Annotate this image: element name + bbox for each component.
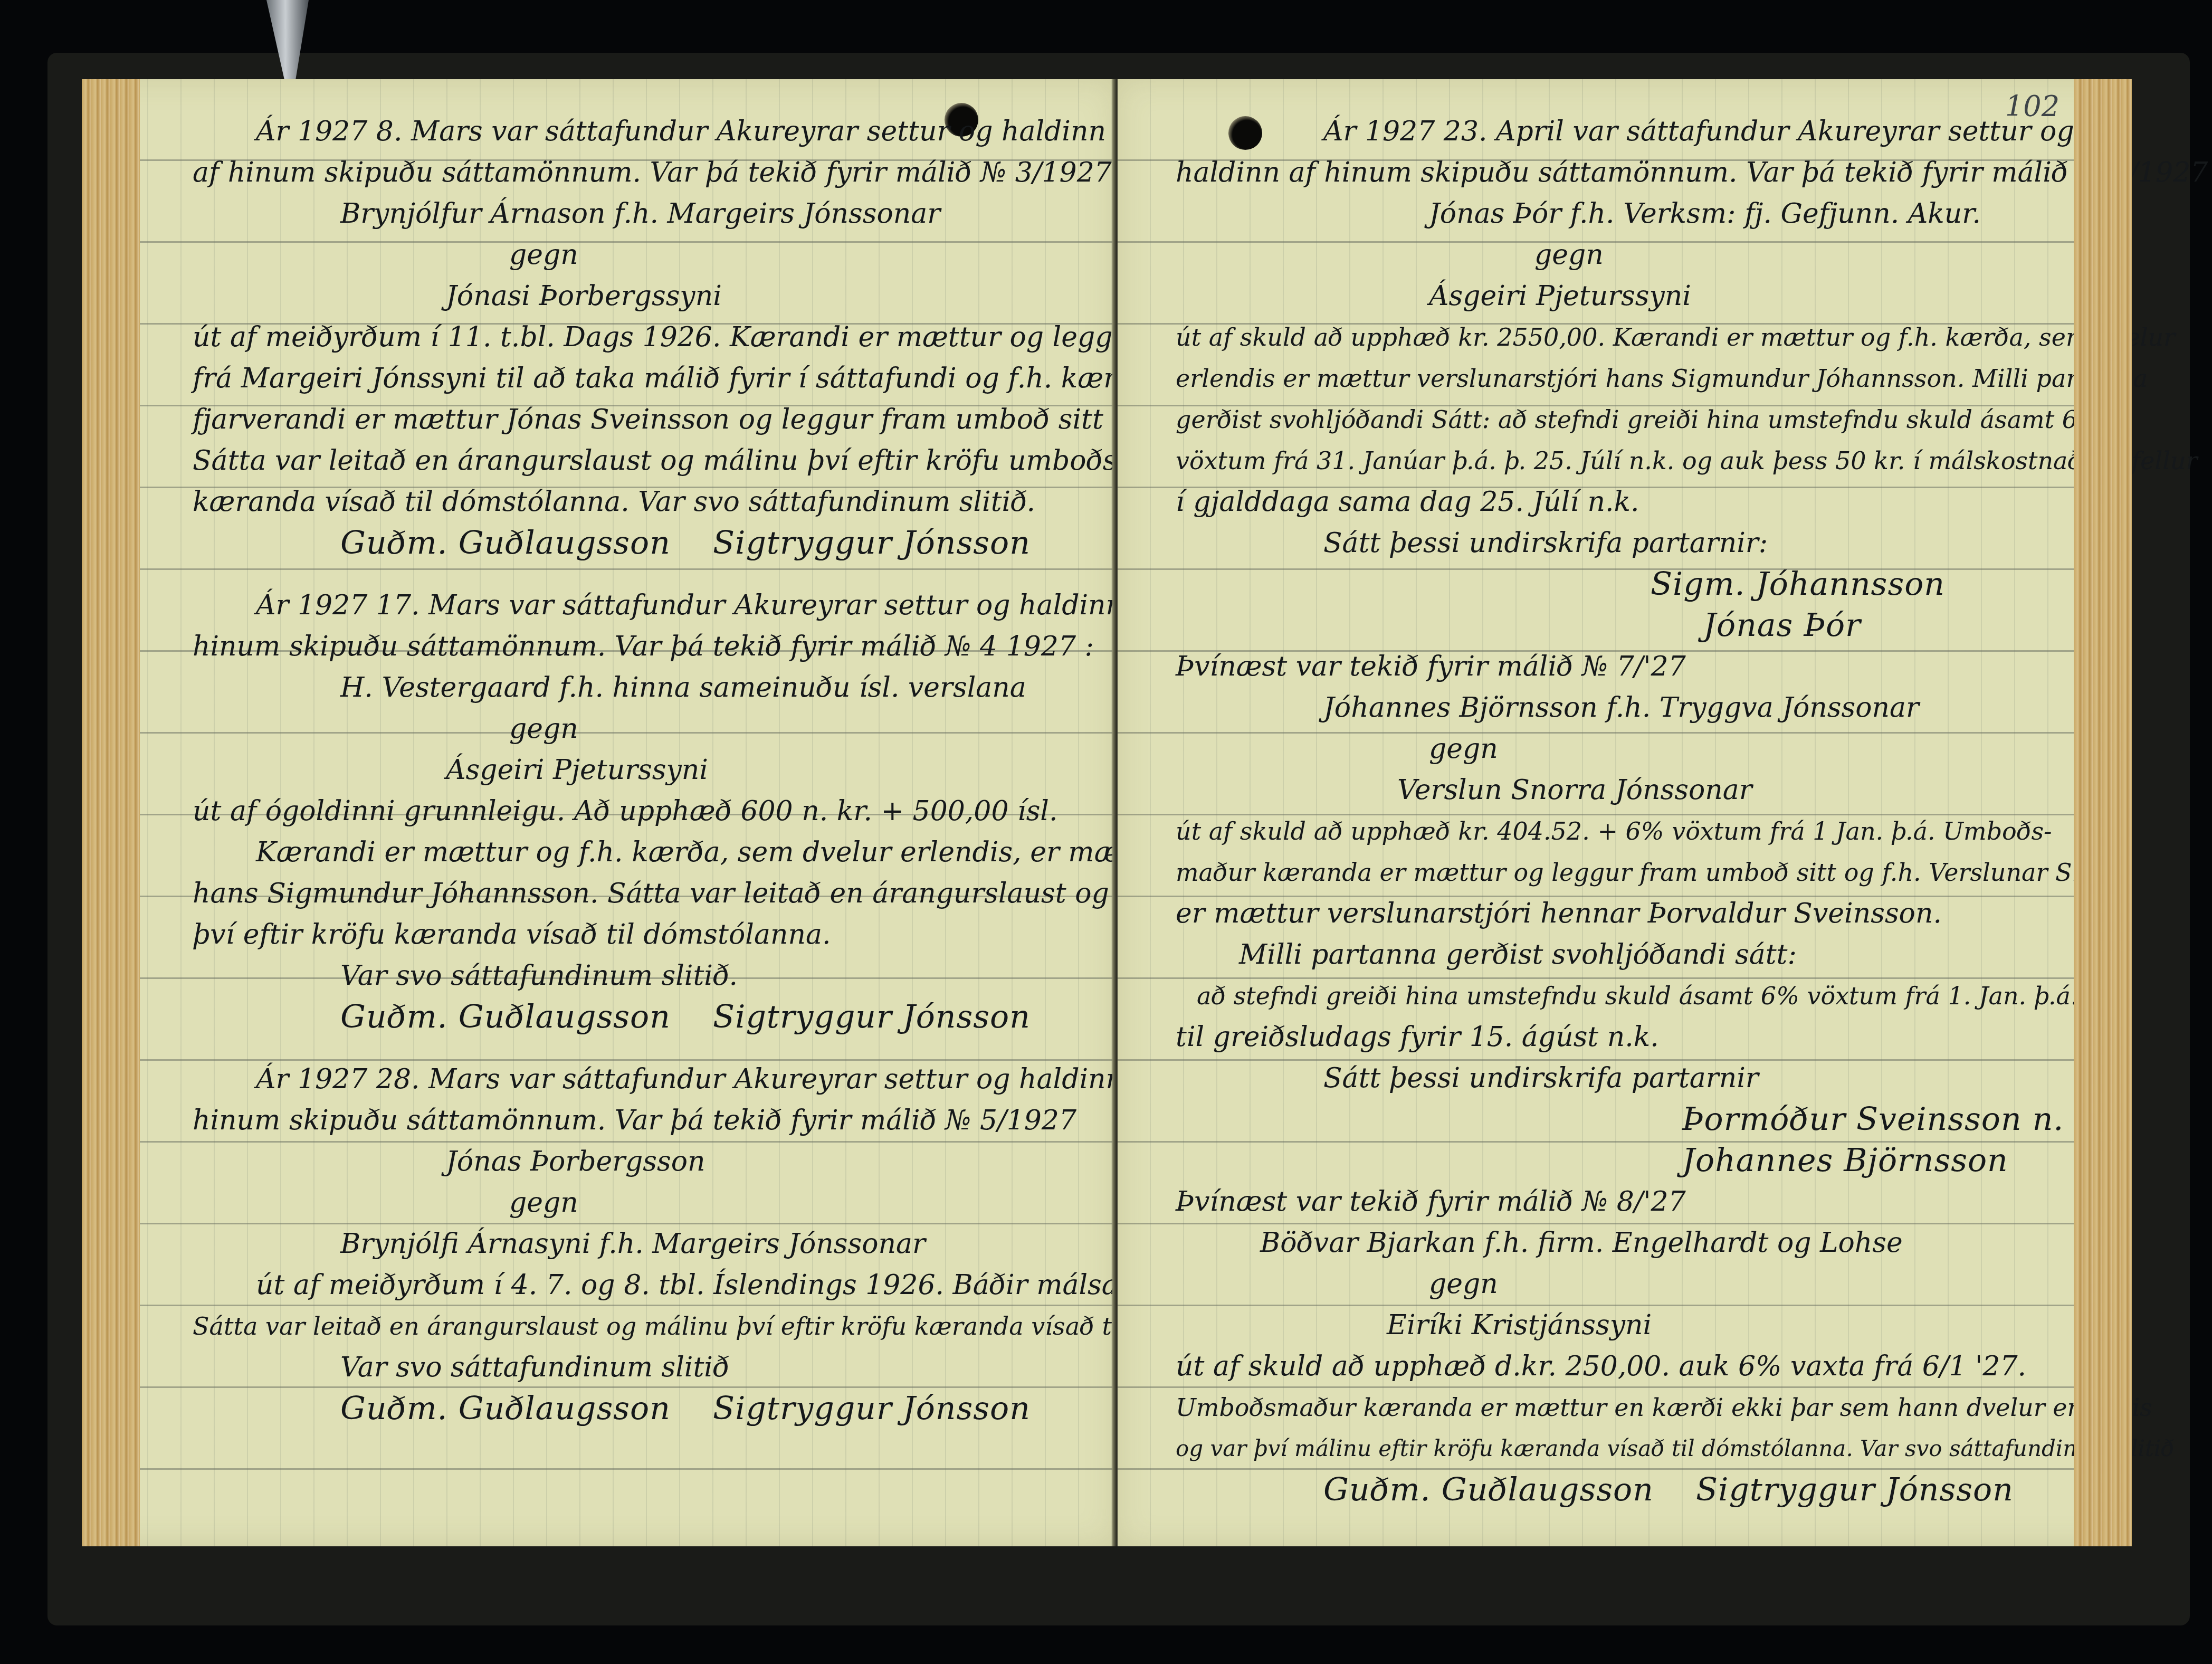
defendant: Ásgeiri Pjeturssyni [193, 749, 1069, 791]
entry-line: erlendis er mættur verslunarstjóri hans … [1176, 358, 2046, 399]
entry-line: Þvínæst var tekið fyrir málið № 8/'27 [1176, 1181, 2046, 1222]
plaintiff: Brynjólfur Árnason f.h. Margeirs Jónsson… [193, 193, 1069, 234]
entry-line: og var því málinu eftir kröfu kæranda ví… [1176, 1428, 2046, 1469]
entry-line: út af skuld að upphæð kr. 404.52. + 6% v… [1176, 811, 2046, 852]
entry-line: út af skuld að upphæð kr. 2550,00. Kæran… [1176, 317, 2046, 358]
signature: Sigtryggur Jónsson [713, 999, 1031, 1035]
right-page-text: Ár 1927 23. April var sáttafundur Akurey… [1118, 79, 2131, 1546]
entry-6-1927: Ár 1927 23. April var sáttafundur Akurey… [1176, 111, 2046, 646]
defendant: Ásgeiri Pjeturssyni [1176, 275, 2046, 317]
versus: gegn [193, 1182, 1069, 1223]
entry-line: af hinum skipuðu sáttamönnum. Var þá tek… [193, 152, 1069, 193]
signature: Guðm. Guðlaugsson [1323, 1471, 1654, 1508]
entry-line: út af ógoldinni grunnleigu. Að upphæð 60… [193, 791, 1069, 832]
entry-line: hans Sigmundur Jóhannsson. Sátta var lei… [193, 873, 1069, 914]
entry-line: Milli partanna gerðist svohljóðandi sátt… [1176, 934, 2046, 975]
entry-line: Var svo sáttafundinum slitið [193, 1347, 1069, 1388]
entry-line: því eftir kröfu kæranda vísað til dómstó… [193, 914, 1069, 955]
entry-line: Umboðsmaður kæranda er mættur en kærði e… [1176, 1387, 2046, 1428]
versus: gegn [1176, 234, 2046, 275]
signature: Sigtryggur Jónsson [1696, 1471, 2014, 1508]
plaintiff: Jónas Þór f.h. Verksm: fj. Gefjunn. Akur… [1176, 193, 2046, 234]
signature: Sigm. Jóhannsson [1176, 564, 2046, 605]
entry-line: Kærandi er mættur og f.h. kærða, sem dve… [193, 832, 1069, 873]
entry-line: út af meiðyrðum í 4. 7. og 8. tbl. Íslen… [193, 1264, 1069, 1306]
entry-8-1927: Þvínæst var tekið fyrir málið № 8/'27 Bö… [1176, 1181, 2046, 1510]
entry-line: Ár 1927 23. April var sáttafundur Akurey… [1176, 111, 2046, 152]
signature: Guðm. Guðlaugsson [340, 999, 671, 1035]
signature: Johannes Björnsson [1176, 1140, 2046, 1181]
entry-line: fjarverandi er mættur Jónas Sveinsson og… [193, 399, 1069, 440]
versus: gegn [1176, 1263, 2046, 1305]
plaintiff: Böðvar Bjarkan f.h. firm. Engelhardt og … [1176, 1222, 2046, 1263]
signature: Sigtryggur Jónsson [713, 1390, 1031, 1427]
defendant: Eiríki Kristjánssyni [1176, 1305, 2046, 1346]
entry-line: er mættur verslunarstjóri hennar Þorvald… [1176, 893, 2046, 934]
entry-line: Var svo sáttafundinum slitið. [193, 955, 1069, 996]
signature: Guðm. Guðlaugsson [340, 1390, 671, 1427]
entry-line: kæranda vísað til dómstólanna. Var svo s… [193, 481, 1069, 522]
entry-line: haldinn af hinum skipuðu sáttamönnum. Va… [1176, 152, 2046, 193]
entry-line: gerðist svohljóðandi Sátt: að stefndi gr… [1176, 399, 2046, 440]
defendant: Jónasi Þorbergssyni [193, 275, 1069, 317]
defendant: Brynjólfi Árnasyni f.h. Margeirs Jónsson… [193, 1223, 1069, 1264]
signatures: Guðm. Guðlaugsson Sigtryggur Jónsson [193, 1388, 1069, 1429]
entry-line: Ár 1927 28. Mars var sáttafundur Akureyr… [193, 1059, 1069, 1100]
entry-line: út af skuld að upphæð d.kr. 250,00. auk … [1176, 1346, 2046, 1387]
left-page-text: Ár 1927 8. Mars var sáttafundur Akureyra… [82, 79, 1116, 1546]
entry-4-1927: Ár 1927 17. Mars var sáttafundur Akureyr… [193, 585, 1069, 1038]
entry-line: í gjalddaga sama dag 25. Júlí n.k. [1176, 481, 2046, 522]
versus: gegn [1176, 728, 2046, 769]
entry-line: út af meiðyrðum í 11. t.bl. Dags 1926. K… [193, 317, 1069, 358]
signature: Jónas Þór [1176, 605, 2046, 646]
entry-line: að stefndi greiði hina umstefndu skuld á… [1176, 975, 2046, 1016]
signatures: Guðm. Guðlaugsson Sigtryggur Jónsson [193, 996, 1069, 1038]
entry-5-1927: Ár 1927 28. Mars var sáttafundur Akureyr… [193, 1059, 1069, 1429]
right-page-edges [2074, 79, 2132, 1546]
left-page-edges [82, 79, 140, 1546]
defendant: Verslun Snorra Jónssonar [1176, 769, 2046, 811]
entry-7-1927: Þvínæst var tekið fyrir málið № 7/'27 Jó… [1176, 646, 2046, 1181]
right-page: 102 Ár 1927 23. April var sáttafundur Ak… [1118, 79, 2131, 1546]
entry-3-1927: Ár 1927 8. Mars var sáttafundur Akureyra… [193, 111, 1069, 564]
plaintiff: H. Vestergaard f.h. hinna sameinuðu ísl.… [193, 667, 1069, 708]
entry-line: til greiðsludags fyrir 15. ágúst n.k. [1176, 1016, 2046, 1058]
entry-line: Sátta var leitað en árangurslaust og mál… [193, 440, 1069, 481]
signature: Guðm. Guðlaugsson [340, 525, 671, 562]
plaintiff: Jóhannes Björnsson f.h. Tryggva Jónssona… [1176, 687, 2046, 728]
entry-line: maður kæranda er mættur og leggur fram u… [1176, 852, 2046, 893]
versus: gegn [193, 708, 1069, 749]
left-page: Ár 1927 8. Mars var sáttafundur Akureyra… [82, 79, 1116, 1546]
entry-line: Ár 1927 17. Mars var sáttafundur Akureyr… [193, 585, 1069, 626]
plaintiff: Jónas Þorbergsson [193, 1141, 1069, 1182]
signature: Sigtryggur Jónsson [713, 525, 1031, 562]
signature: Þormóður Sveinsson n. [1176, 1099, 2046, 1140]
versus: gegn [193, 234, 1069, 275]
entry-line: Ár 1927 8. Mars var sáttafundur Akureyra… [193, 111, 1069, 152]
entry-line: hinum skipuðu sáttamönnum. Var þá tekið … [193, 626, 1069, 667]
entry-line: Þvínæst var tekið fyrir málið № 7/'27 [1176, 646, 2046, 687]
entry-line: vöxtum frá 31. Janúar þ.á. þ. 25. Júlí n… [1176, 440, 2046, 481]
entry-line: frá Margeiri Jónssyni til að taka málið … [193, 358, 1069, 399]
entry-line: Sátt þessi undirskrifa partarnir [1176, 1058, 2046, 1099]
entry-line: hinum skipuðu sáttamönnum. Var þá tekið … [193, 1100, 1069, 1141]
entry-line: Sátta var leitað en árangurslaust og mál… [193, 1306, 1069, 1347]
signatures: Guðm. Guðlaugsson Sigtryggur Jónsson [193, 522, 1069, 564]
entry-line: Sátt þessi undirskrifa partarnir: [1176, 522, 2046, 564]
signatures: Guðm. Guðlaugsson Sigtryggur Jónsson [1176, 1469, 2046, 1510]
